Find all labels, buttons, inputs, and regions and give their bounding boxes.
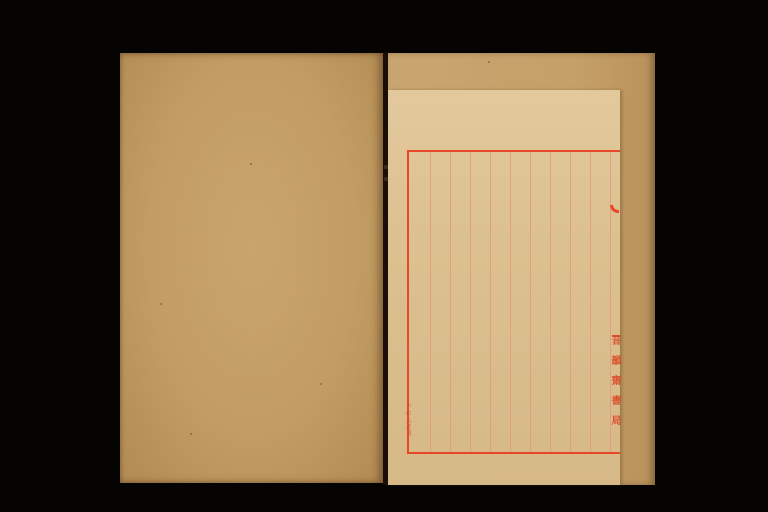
ruled-frame (407, 150, 620, 454)
left-page (120, 53, 385, 483)
colophon-text: 子年八月刊 (400, 404, 410, 437)
publisher-text: 音韻齋書局 (609, 335, 619, 445)
